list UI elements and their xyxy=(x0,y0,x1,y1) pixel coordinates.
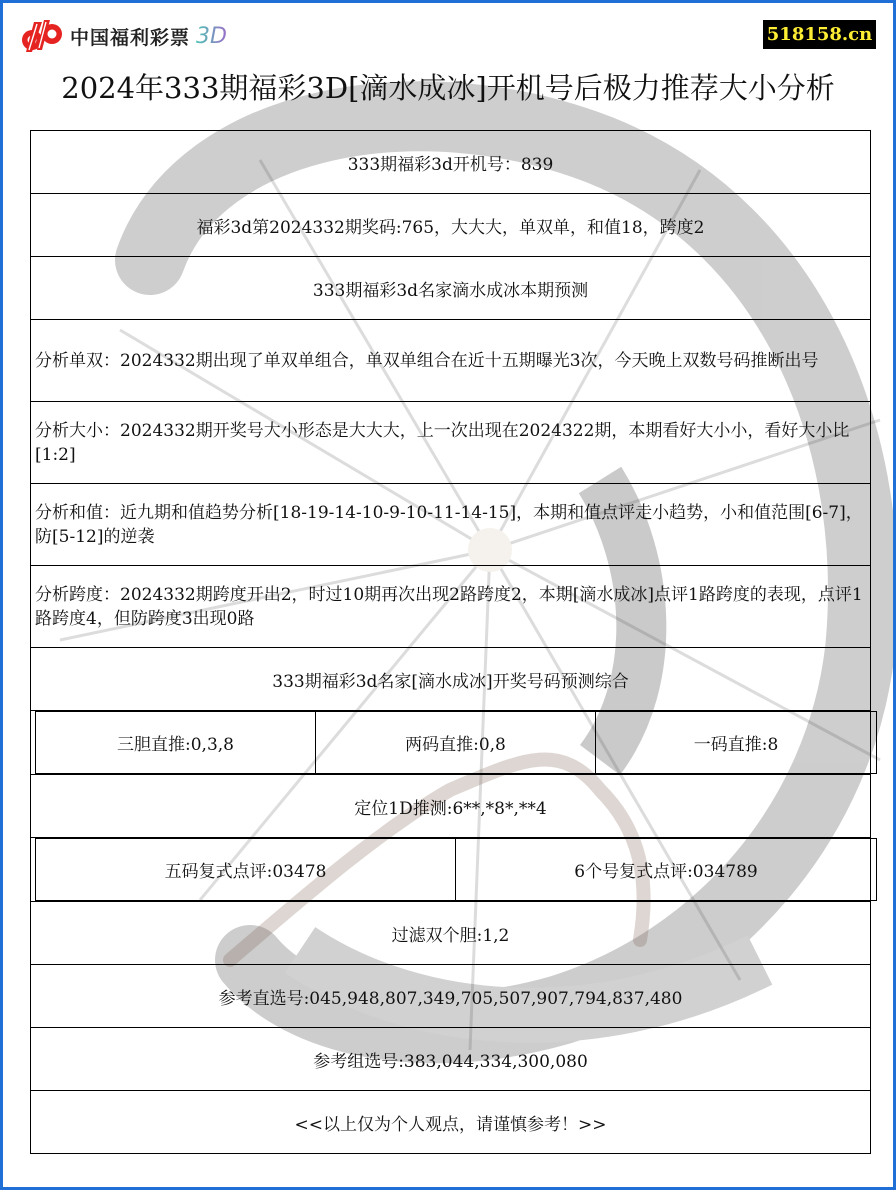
direct-picks-cell: 参考直选号:045,948,807,349,705,507,907,794,83… xyxy=(31,965,871,1028)
opening-number-cell: 333期福彩3d开机号：839 xyxy=(31,131,871,194)
table-row: 333期福彩3d名家[滴水成冰]开奖号码预测综合 xyxy=(31,648,871,711)
group-picks-cell: 参考组选号:383,044,334,300,080 xyxy=(31,1028,871,1091)
span-analysis-cell: 分析跨度：2024332期跨度开出2，时过10期再次出现2路跨度2，本期[滴水成… xyxy=(31,566,871,648)
logo-3d-suffix: 3D xyxy=(196,24,227,49)
table-row: 分析单双：2024332期出现了单双单组合，单双单组合在近十五期曝光3次，今天晚… xyxy=(31,320,871,402)
page-title: 2024年333期福彩3D[滴水成冰]开机号后极力推荐大小分析 xyxy=(0,66,896,107)
six-code-compound: 6个号复式点评:034789 xyxy=(456,839,877,901)
page-header: 中国福利彩票 3D 518158.cn xyxy=(0,0,896,62)
table-row: 三胆直推:0,3,8 两码直推:0,8 一码直推:8 xyxy=(31,711,871,775)
odd-even-analysis-cell: 分析单双：2024332期出现了单双单组合，单双单组合在近十五期曝光3次，今天晚… xyxy=(31,320,871,402)
three-column-cell: 三胆直推:0,3,8 两码直推:0,8 一码直推:8 xyxy=(31,711,871,775)
one-code-pick: 一码直推:8 xyxy=(596,712,877,774)
logo-text: 中国福利彩票 xyxy=(70,23,190,50)
table-row: 定位1D推测:6**,*8*,**4 xyxy=(31,775,871,838)
position-1d-cell: 定位1D推测:6**,*8*,**4 xyxy=(31,775,871,838)
table-row: 过滤双个胆:1,2 xyxy=(31,902,871,965)
table-row: 分析跨度：2024332期跨度开出2，时过10期再次出现2路跨度2，本期[滴水成… xyxy=(31,566,871,648)
five-code-compound: 五码复式点评:03478 xyxy=(36,839,456,901)
table-row: 福彩3d第2024332期奖码:765，大大大，单双单，和值18，跨度2 xyxy=(31,194,871,257)
table-row: <<以上仅为个人观点，请谨慎参考！>> xyxy=(31,1091,871,1154)
table-row: 分析和值：近九期和值趋势分析[18-19-14-10-9-10-11-14-15… xyxy=(31,484,871,566)
three-gall-pick: 三胆直推:0,3,8 xyxy=(36,712,316,774)
previous-draw-cell: 福彩3d第2024332期奖码:765，大大大，单双单，和值18，跨度2 xyxy=(31,194,871,257)
big-small-analysis-cell: 分析大小：2024332期开奖号大小形态是大大大，上一次出现在2024322期，… xyxy=(31,402,871,484)
table-row: 五码复式点评:03478 6个号复式点评:034789 xyxy=(31,838,871,902)
three-column-subtable: 三胆直推:0,3,8 两码直推:0,8 一码直推:8 xyxy=(35,711,877,774)
table-row: 参考组选号:383,044,334,300,080 xyxy=(31,1028,871,1091)
disclaimer-cell: <<以上仅为个人观点，请谨慎参考！>> xyxy=(31,1091,871,1154)
table-row: 分析大小：2024332期开奖号大小形态是大大大，上一次出现在2024322期，… xyxy=(31,402,871,484)
table-row: 333期福彩3d开机号：839 xyxy=(31,131,871,194)
two-column-cell: 五码复式点评:03478 6个号复式点评:034789 xyxy=(31,838,871,902)
two-code-pick: 两码直推:0,8 xyxy=(316,712,596,774)
filter-cell: 过滤双个胆:1,2 xyxy=(31,902,871,965)
sum-analysis-cell: 分析和值：近九期和值趋势分析[18-19-14-10-9-10-11-14-15… xyxy=(31,484,871,566)
welfare-lottery-logo-icon xyxy=(20,20,66,52)
site-domain-badge[interactable]: 518158.cn xyxy=(763,20,876,49)
table-row: 333期福彩3d名家滴水成冰本期预测 xyxy=(31,257,871,320)
two-column-subtable: 五码复式点评:03478 6个号复式点评:034789 xyxy=(35,838,877,901)
lottery-logo[interactable]: 中国福利彩票 3D xyxy=(20,20,227,52)
section-heading-cell: 333期福彩3d名家滴水成冰本期预测 xyxy=(31,257,871,320)
prediction-table: 333期福彩3d开机号：839 福彩3d第2024332期奖码:765，大大大，… xyxy=(30,130,871,1154)
table-row: 参考直选号:045,948,807,349,705,507,907,794,83… xyxy=(31,965,871,1028)
summary-heading-cell: 333期福彩3d名家[滴水成冰]开奖号码预测综合 xyxy=(31,648,871,711)
